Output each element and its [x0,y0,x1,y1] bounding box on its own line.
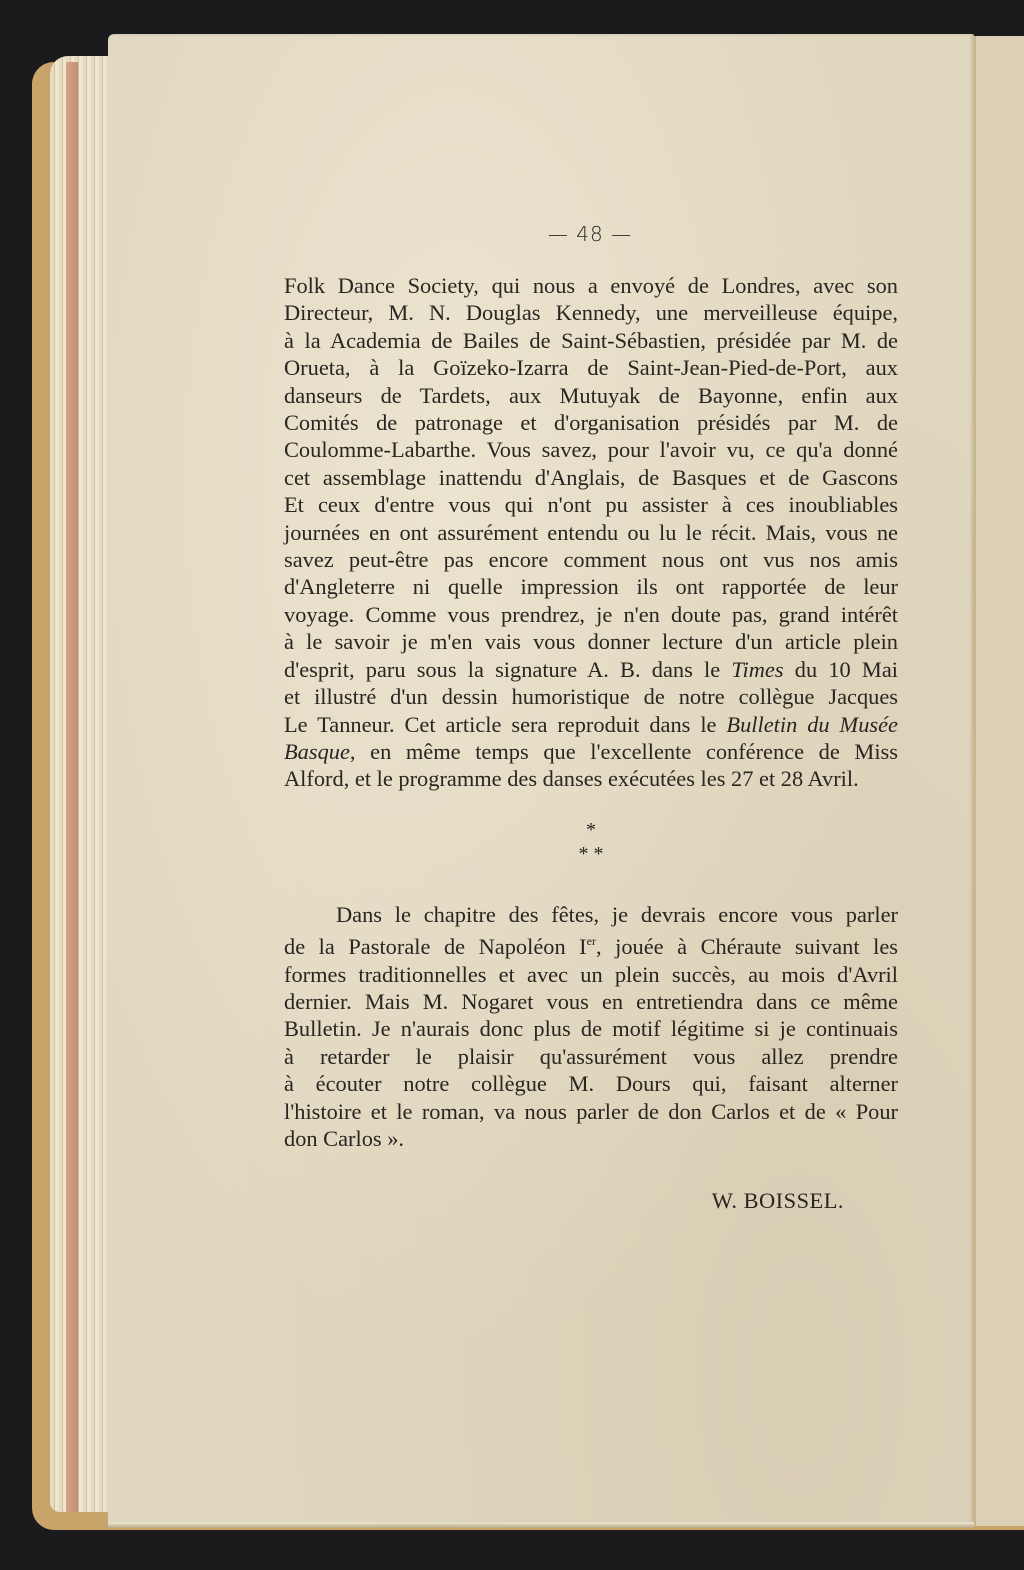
page-bottom-edge [108,1522,974,1528]
asterisk-bottom: * * [284,843,898,867]
paragraph-2: Dans le chapitre des fêtes, je devrais e… [284,901,898,1153]
paragraph-1: Folk Dance Society, qui nous a envoyé de… [284,272,898,793]
text-line: Folk Dance Society, qui nous a envoyé de… [284,272,898,299]
text-line: Comités de patronage et d'organisation p… [284,409,898,436]
text-line: cet assemblage inattendu d'Anglais, de B… [284,464,898,491]
text-line: de la Pastorale de Napoléon Ier, jouée à… [284,928,898,960]
text-line: Orueta, à la Goïzeko-Izarra de Saint-Jea… [284,354,898,381]
text-line: d'esprit, paru sous la signature A. B. d… [284,656,898,683]
text-line: Alford, et le programme des danses exécu… [284,765,898,792]
text-line: formes traditionnelles et avec un plein … [284,961,898,988]
asterisk-top: * [284,819,898,843]
text-line: Dans le chapitre des fêtes, je devrais e… [284,901,898,928]
text-run: du 10 Mai [784,657,898,682]
text-run: d'esprit, paru sous la signature A. B. d… [284,657,731,682]
text-line: Coulomme-Labarthe. Vous savez, pour l'av… [284,436,898,463]
facing-page-edge [974,36,1024,1526]
text-line: Et ceux d'entre vous qui n'ont pu assist… [284,491,898,518]
text-line: et illustré d'un dessin humoristique de … [284,683,898,710]
text-line: Basque, en même temps que l'excellente c… [284,738,898,765]
text-line: à la Academia de Bailes de Saint-Sébasti… [284,327,898,354]
text-run: , en même temps que l'excellente confére… [350,739,898,764]
text-line: à retarder le plaisir qu'assurément vous… [284,1043,898,1070]
text-line: à écouter notre collègue M. Dours qui, f… [284,1070,898,1097]
text-line: danseurs de Tardets, aux Mutuyak de Bayo… [284,382,898,409]
page-edge-tint [66,62,78,1512]
text-run: de la Pastorale de Napoléon I [284,934,587,959]
text-line: l'histoire et le roman, va nous parler d… [284,1098,898,1125]
section-separator: * * * [284,819,898,867]
page-content: — 48 — Folk Dance Society, qui nous a en… [284,222,898,1214]
author-signature: W. BOISSEL. [284,1188,898,1214]
italic-title-times: Times [731,657,783,682]
page-number: — 48 — [282,222,898,246]
text-line: Bulletin. Je n'aurais donc plus de motif… [284,1015,898,1042]
text-line: savez peut-être pas encore comment nous … [284,546,898,573]
text-line: dernier. Mais M. Nogaret vous en entreti… [284,988,898,1015]
italic-title-basque: Basque [284,739,350,764]
text-line: d'Angleterre ni quelle impression ils on… [284,573,898,600]
text-line: à le savoir je m'en vais vous donner lec… [284,628,898,655]
text-line: Directeur, M. N. Douglas Kennedy, une me… [284,299,898,326]
text-line: voyage. Comme vous prendrez, je n'en dou… [284,601,898,628]
text-run: , jouée à Chéraute suivant les [596,934,898,959]
text-line: Le Tanneur. Cet article sera reproduit d… [284,711,898,738]
text-run: Le Tanneur. Cet article sera reproduit d… [284,712,726,737]
text-line: don Carlos ». [284,1125,898,1152]
superscript: er [587,934,596,948]
page-stack-edges [50,56,110,1512]
text-line: journées en ont assurément entendu ou lu… [284,519,898,546]
italic-title-bulletin: Bulletin du Musée [726,712,898,737]
